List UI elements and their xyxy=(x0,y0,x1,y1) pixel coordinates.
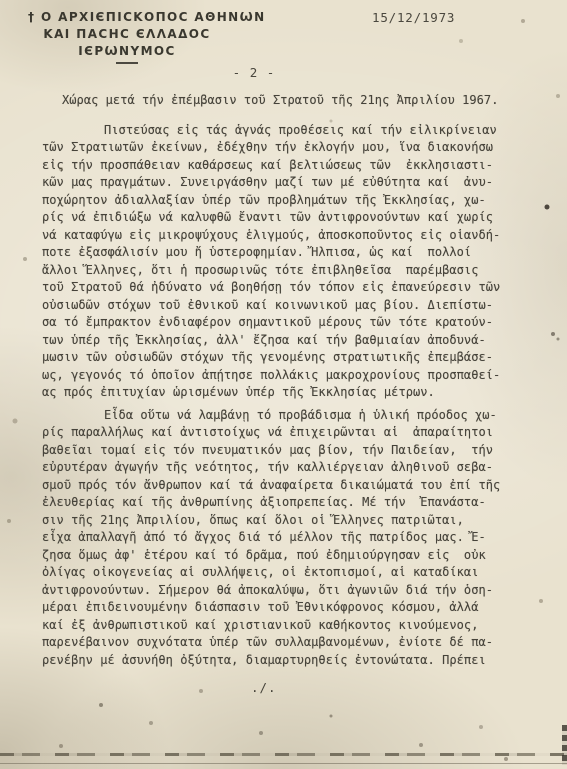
date-stamp: 15/12/1973 xyxy=(372,10,455,25)
letterhead-line1: † Ο ΑΡΧΙЄΠΙСΚΟΠΟС ΑΘΗΝѠΝ xyxy=(28,9,226,26)
text-line: ρίς παραλλήλως καί ἀντιστοίχως νά ἐπιχει… xyxy=(42,424,534,442)
continuation-mark: ./. xyxy=(251,680,277,695)
text-line: νά καταφύγω εἰς μικροψύχους ἑλιγμούς, ἀπ… xyxy=(42,227,534,245)
text-line: εἰς τήν προσπάθειαν καθάρσεως καί βελτιώ… xyxy=(42,157,534,175)
paragraph: Χώρας μετά τήν ἐπέμβασιν τοῦ Στρατοῦ τῆς… xyxy=(42,92,534,110)
text-line: ζησα ὅμως ἀφ' ἑτέρου καί τό δρᾶμα, πού ἐ… xyxy=(42,547,534,565)
text-line: των ὑπέρ τῆς Ἐκκλησίας, ἀλλ' ἔζησα καί τ… xyxy=(42,332,534,350)
text-line: ρενέβην μέ ἀσυνήθη ὀξύτητα, διαμαρτυρηθε… xyxy=(42,652,534,670)
text-line: κῶν μας πραγμάτων. Συνειργάσθην μαζί των… xyxy=(42,174,534,192)
text-line: ποχώρητον ἀδιαλλαξίαν ὑπέρ τῶν προβλημάτ… xyxy=(42,192,534,210)
text-line: ὀλίγας οἰκογενείας αἱ συλλήψεις, οἱ ἐκτο… xyxy=(42,564,534,582)
text-line: καί ἐξ ἀνθρωπιστικοῦ καί χριστιανικοῦ κα… xyxy=(42,617,534,635)
page-number: - 2 - xyxy=(226,65,282,80)
letterhead-line3: ΙЄΡѠΝΥΜΟС xyxy=(28,43,226,60)
text-line: Εἶδα οὕτω νά λαμβάνῃ τό προβάδισμα ἡ ὑλι… xyxy=(42,407,534,425)
text-line: σιν τῆς 21ης Ἀπριλίου, ὅπως καί ὅλοι οἱ … xyxy=(42,512,534,530)
letterhead-line2: ΚΑΙ ΠΑСΗС ЄΛΛΑΔΟС xyxy=(28,26,226,43)
text-line: μέραι ἐπιδεινουμένην διάσπασιν τοῦ Ἐθνικ… xyxy=(42,599,534,617)
paragraph: Εἶδα οὕτω νά λαμβάνῃ τό προβάδισμα ἡ ὑλι… xyxy=(42,407,534,670)
scanned-document-page: † Ο ΑΡΧΙЄΠΙСΚΟΠΟС ΑΘΗΝѠΝ ΚΑΙ ΠΑСΗС ЄΛΛΑΔ… xyxy=(0,0,567,769)
text-line: ποτε ἐξασφάλισίν μου ἤ ὑστεροφημίαν. Ἤλπ… xyxy=(42,244,534,262)
scan-artifact-line-2 xyxy=(0,763,567,764)
text-line: ως, γεγονός τό ὁποῖον ἀπῄτησε πολλάκις μ… xyxy=(42,367,534,385)
paragraph: Πιστεύσας εἰς τάς ἁγνάς προθέσεις καί τή… xyxy=(42,122,534,402)
text-line: Χώρας μετά τήν ἐπέμβασιν τοῦ Στρατοῦ τῆς… xyxy=(42,92,534,110)
letter-body: Χώρας μετά τήν ἐπέμβασιν τοῦ Στρατοῦ τῆς… xyxy=(42,92,534,674)
text-line: τῶν Στρατιωτῶν ἐκείνων, ἐδέχθην τήν ἐκλο… xyxy=(42,139,534,157)
text-line: ας πρός ἐπιτυχίαν ὡρισμένων ὑπέρ τῆς Ἐκκ… xyxy=(42,384,534,402)
text-line: ἐλευθερίας καί τῆς ἀνθρωπίνης ἀξιοπρεπεί… xyxy=(42,494,534,512)
text-line: σα τό ἔμπρακτον ἐνδιαφέρον σημαντικοῦ μέ… xyxy=(42,314,534,332)
text-line: ρίς νά ἐπιδιώξω νά καλυφθῶ ἔναντι τῶν ἀν… xyxy=(42,209,534,227)
letterhead: † Ο ΑΡΧΙЄΠΙСΚΟΠΟС ΑΘΗΝѠΝ ΚΑΙ ΠΑСΗС ЄΛΛΑΔ… xyxy=(28,9,226,64)
text-line: Πιστεύσας εἰς τάς ἁγνάς προθέσεις καί τή… xyxy=(42,122,534,140)
letterhead-underline xyxy=(116,62,138,64)
text-line: σμοῦ πρός τόν ἄνθρωπον καί τά ἀναφαίρετα… xyxy=(42,477,534,495)
text-line: παρενέβαινον συχνότατα ὑπέρ τῶν συλλαμβα… xyxy=(42,634,534,652)
text-line: οὐσιωδῶν στόχων τοῦ ἐθνικοῦ καί κοινωνικ… xyxy=(42,297,534,315)
scan-artifact-line xyxy=(0,753,567,756)
text-line: βαθεῖαι τομαί εἰς τόν πνευματικόν μας βί… xyxy=(42,442,534,460)
scan-specks xyxy=(0,0,2,2)
text-line: εὐρυτέραν ἀγωγήν τῆς νεότητος, τήν καλλι… xyxy=(42,459,534,477)
text-line: εἶχα ἀπαλλαγῆ ἀπό τό ἄγχος διά τό μέλλον… xyxy=(42,529,534,547)
text-line: τοῦ Στρατοῦ θά ἠδύνατο νά βοηθήσῃ τόν τό… xyxy=(42,279,534,297)
text-line: ἀντιφρονούντων. Σήμερον θά ἀποκαλύψω, ὅτ… xyxy=(42,582,534,600)
text-line: μωσιν τῶν οὐσιωδῶν στόχων τῆς γενομένης … xyxy=(42,349,534,367)
scan-edge-mark xyxy=(562,725,567,765)
text-line: ἄλλοι Ἕλληνες, ὅτι ἡ προσωρινῶς τότε ἐπι… xyxy=(42,262,534,280)
